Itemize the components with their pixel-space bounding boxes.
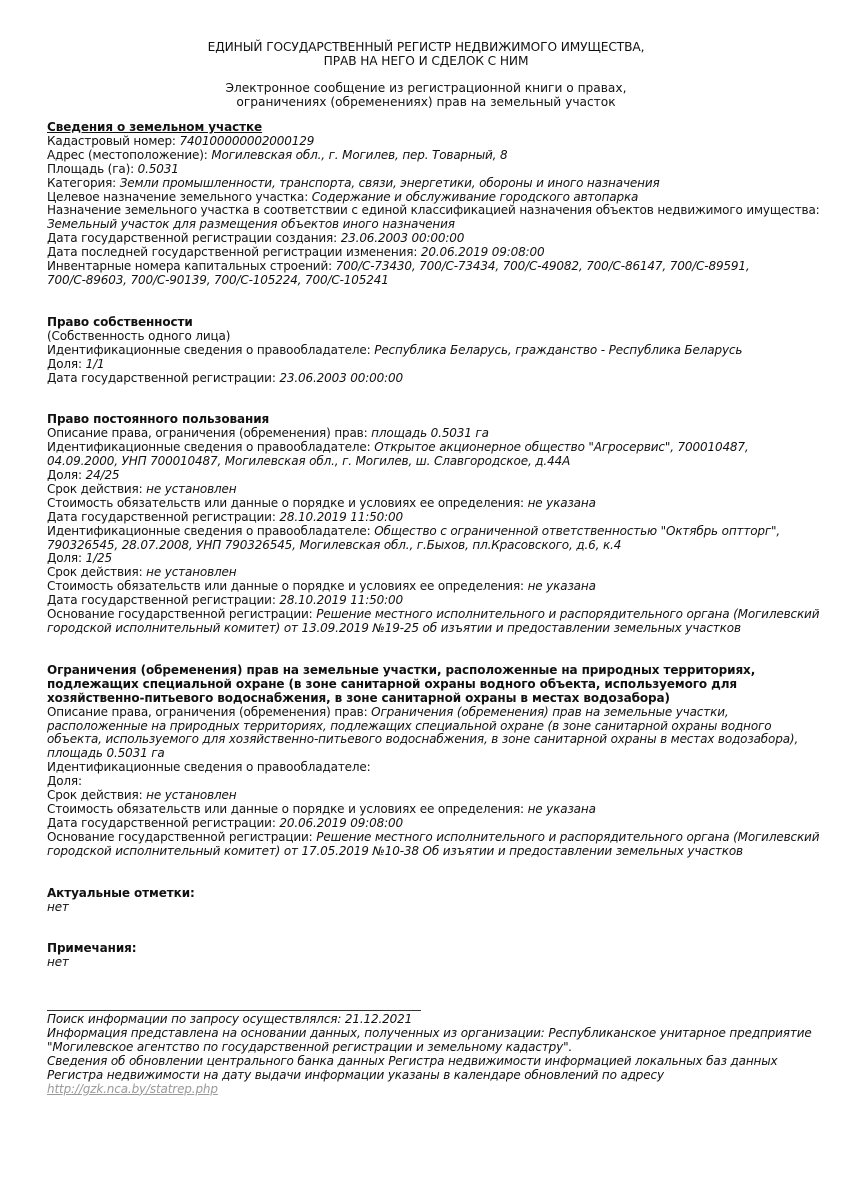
field-holder: Идентификационные сведения о правооблада… — [47, 761, 805, 775]
field-basis-cont: городской исполнительный комитет) от 13.… — [47, 622, 805, 636]
field-description-cont: расположенные на природных территориях, … — [47, 720, 805, 734]
field-label: Дата государственной регистрации: — [47, 371, 279, 385]
field-value: 20.06.2019 09:08:00 — [421, 245, 545, 259]
document-footer: Поиск информации по запросу осуществлялс… — [47, 1010, 805, 1096]
field-value: Общество с ограниченной ответственностью… — [374, 524, 780, 538]
field-label: Срок действия: — [47, 788, 146, 802]
field-label: Стоимость обязательств или данные о поря… — [47, 802, 528, 816]
field-share: Доля: 1/1 — [47, 358, 805, 372]
field-value: Земли промышленности, транспорта, связи,… — [120, 176, 660, 190]
source-info: Информация представлена на основании дан… — [47, 1027, 805, 1041]
section-heading: Примечания: — [47, 942, 805, 956]
field-reg-date: Дата государственной регистрации: 23.06.… — [47, 372, 805, 386]
register-extract-document: ЕДИНЫЙ ГОСУДАРСТВЕННЫЙ РЕГИСТР НЕДВИЖИМО… — [47, 40, 805, 1097]
field-label: Доля: — [47, 551, 86, 565]
field-label: Срок действия: — [47, 565, 146, 579]
field-reg-date: Дата государственной регистрации: 28.10.… — [47, 594, 805, 608]
section-heading: Право собственности — [47, 316, 805, 330]
field-holder-cont: 790326545, 28.07.2008, УНП 790326545, Мо… — [47, 539, 805, 553]
field-value: не указана — [528, 802, 596, 816]
field-label: Идентификационные сведения о правооблада… — [47, 440, 374, 454]
field-address: Адрес (местоположение): Могилевская обл.… — [47, 149, 805, 163]
field-label: Описание права, ограничения (обременения… — [47, 705, 371, 719]
field-label: Дата последней государственной регистрац… — [47, 245, 421, 259]
field-cost: Стоимость обязательств или данные о поря… — [47, 497, 805, 511]
field-description-cont: площадь 0.5031 га — [47, 747, 805, 761]
field-label: Целевое назначение земельного участка: — [47, 190, 312, 204]
field-label: Площадь (га): — [47, 162, 138, 176]
field-label: Основание государственной регистрации: — [47, 607, 316, 621]
field-value: не указана — [528, 496, 596, 510]
field-value: Открытое акционерное общество "Агросерви… — [374, 440, 748, 454]
field-label: Категория: — [47, 176, 120, 190]
field-label: Инвентарные номера капитальных строений: — [47, 259, 336, 273]
field-value: 24/25 — [86, 468, 120, 482]
section-heading: Ограничения (обременения) прав на земель… — [47, 664, 805, 706]
field-description: Описание права, ограничения (обременения… — [47, 706, 805, 720]
field-value: не установлен — [146, 788, 236, 802]
field-share: Доля: 24/25 — [47, 469, 805, 483]
field-holder: Идентификационные сведения о правооблада… — [47, 525, 805, 539]
field-created-date: Дата государственной регистрации создани… — [47, 232, 805, 246]
field-basis-cont: городской исполнительный комитет) от 17.… — [47, 845, 805, 859]
field-value: 1/25 — [86, 551, 112, 565]
field-reg-date: Дата государственной регистрации: 20.06.… — [47, 817, 805, 831]
field-description-cont: объекта, используемого для хозяйственно-… — [47, 733, 805, 747]
update-info-cont: Регистра недвижимости на дату выдачи инф… — [47, 1069, 805, 1083]
field-label: Описание права, ограничения (обременения… — [47, 426, 371, 440]
field-label: Идентификационные сведения о правооблада… — [47, 343, 374, 357]
field-holder: Идентификационные сведения о правооблада… — [47, 344, 805, 358]
section-heading: Актуальные отметки: — [47, 887, 805, 901]
field-label: Основание государственной регистрации: — [47, 830, 316, 844]
section-permanent-use: Право постоянного пользования Описание п… — [47, 413, 805, 636]
field-label: Дата государственной регистрации: — [47, 816, 279, 830]
field-cost: Стоимость обязательств или данные о поря… — [47, 580, 805, 594]
field-value: 0.5031 — [138, 162, 179, 176]
field-cadastral-number: Кадастровый номер: 740100000002000129 — [47, 135, 805, 149]
field-basis: Основание государственной регистрации: Р… — [47, 608, 805, 622]
field-value: 23.06.2003 00:00:00 — [279, 371, 403, 385]
title-line: ЕДИНЫЙ ГОСУДАРСТВЕННЫЙ РЕГИСТР НЕДВИЖИМО… — [47, 40, 805, 54]
field-description: Описание права, ограничения (обременения… — [47, 427, 805, 441]
field-value: Содержание и обслуживание городского авт… — [312, 190, 638, 204]
document-subtitle: Электронное сообщение из регистрационной… — [47, 81, 805, 109]
heading-line: Ограничения (обременения) прав на земель… — [47, 664, 805, 678]
footer-divider — [47, 1010, 421, 1011]
source-info-cont: "Могилевское агентство по государственно… — [47, 1041, 805, 1055]
field-label: Дата государственной регистрации создани… — [47, 231, 341, 245]
update-info: Сведения об обновлении центрального банк… — [47, 1055, 805, 1069]
field-label: Доля: — [47, 357, 86, 371]
field-purpose: Целевое назначение земельного участка: С… — [47, 191, 805, 205]
holder-block: Идентификационные сведения о правооблада… — [47, 525, 805, 608]
field-classification-label: Назначение земельного участка в соответс… — [47, 204, 805, 218]
heading-line: хозяйственно-питьевого водоснабжения, в … — [47, 692, 805, 706]
document-title: ЕДИНЫЙ ГОСУДАРСТВЕННЫЙ РЕГИСТР НЕДВИЖИМО… — [47, 40, 805, 68]
field-changed-date: Дата последней государственной регистрац… — [47, 246, 805, 260]
field-value: нет — [47, 901, 805, 915]
field-value: Решение местного исполнительного и распо… — [316, 607, 819, 621]
field-share: Доля: 1/25 — [47, 552, 805, 566]
field-term: Срок действия: не установлен — [47, 566, 805, 580]
field-classification-value: Земельный участок для размещения объекто… — [47, 218, 805, 232]
section-current-marks: Актуальные отметки: нет — [47, 887, 805, 915]
search-date: Поиск информации по запросу осуществлялс… — [47, 1013, 805, 1027]
field-value: 740100000002000129 — [179, 134, 314, 148]
field-basis: Основание государственной регистрации: Р… — [47, 831, 805, 845]
section-land-plot: Сведения о земельном участке Кадастровый… — [47, 121, 805, 288]
field-holder: Идентификационные сведения о правооблада… — [47, 441, 805, 455]
section-ownership: Право собственности (Собственность одног… — [47, 316, 805, 386]
holder-block: Идентификационные сведения о правооблада… — [47, 441, 805, 524]
document-header: ЕДИНЫЙ ГОСУДАРСТВЕННЫЙ РЕГИСТР НЕДВИЖИМО… — [47, 40, 805, 109]
field-cost: Стоимость обязательств или данные о поря… — [47, 803, 805, 817]
field-value: Республика Беларусь, гражданство - Респу… — [374, 343, 742, 357]
field-value: площадь 0.5031 га — [371, 426, 489, 440]
field-value: 700/С-73430, 700/С-73434, 700/С-49082, 7… — [336, 259, 750, 273]
section-notes: Примечания: нет — [47, 942, 805, 970]
field-value: нет — [47, 956, 805, 970]
field-label: Доля: — [47, 468, 86, 482]
section-heading: Право постоянного пользования — [47, 413, 805, 427]
field-inventory-numbers: Инвентарные номера капитальных строений:… — [47, 260, 805, 274]
subtitle-line: Электронное сообщение из регистрационной… — [47, 81, 805, 95]
field-share: Доля: — [47, 775, 805, 789]
field-value: Ограничения (обременения) прав на земель… — [371, 705, 728, 719]
field-area: Площадь (га): 0.5031 — [47, 163, 805, 177]
field-value: Могилевская обл., г. Могилев, пер. Товар… — [211, 148, 507, 162]
field-label: Дата государственной регистрации: — [47, 510, 279, 524]
field-value: Решение местного исполнительного и распо… — [316, 830, 819, 844]
field-label: Стоимость обязательств или данные о поря… — [47, 496, 528, 510]
section-restrictions: Ограничения (обременения) прав на земель… — [47, 664, 805, 859]
field-term: Срок действия: не установлен — [47, 483, 805, 497]
field-category: Категория: Земли промышленности, транспо… — [47, 177, 805, 191]
field-value: не установлен — [146, 565, 236, 579]
field-label: Адрес (местоположение): — [47, 148, 211, 162]
title-line: ПРАВ НА НЕГО И СДЕЛОК С НИМ — [47, 54, 805, 68]
field-term: Срок действия: не установлен — [47, 789, 805, 803]
ownership-type: (Собственность одного лица) — [47, 330, 805, 344]
field-value: не указана — [528, 579, 596, 593]
field-value: 23.06.2003 00:00:00 — [341, 231, 465, 245]
section-heading: Сведения о земельном участке — [47, 121, 805, 135]
field-label: Дата государственной регистрации: — [47, 593, 279, 607]
field-value: не установлен — [146, 482, 236, 496]
heading-line: подлежащих специальной охране (в зоне са… — [47, 678, 805, 692]
subtitle-line: ограничениях (обременениях) прав на земе… — [47, 95, 805, 109]
field-label: Стоимость обязательств или данные о поря… — [47, 579, 528, 593]
field-value: 20.06.2019 09:08:00 — [279, 816, 403, 830]
update-calendar-link[interactable]: http://gzk.nca.by/statrep.php — [47, 1082, 218, 1096]
field-holder-cont: 04.09.2000, УНП 700010487, Могилевская о… — [47, 455, 805, 469]
field-reg-date: Дата государственной регистрации: 28.10.… — [47, 511, 805, 525]
field-value: 28.10.2019 11:50:00 — [279, 593, 403, 607]
field-label: Идентификационные сведения о правооблада… — [47, 524, 374, 538]
field-label: Кадастровый номер: — [47, 134, 179, 148]
field-label: Срок действия: — [47, 482, 146, 496]
field-inventory-numbers-cont: 700/С-89603, 700/С-90139, 700/С-105224, … — [47, 274, 805, 288]
field-value: 28.10.2019 11:50:00 — [279, 510, 403, 524]
field-value: 1/1 — [86, 357, 105, 371]
